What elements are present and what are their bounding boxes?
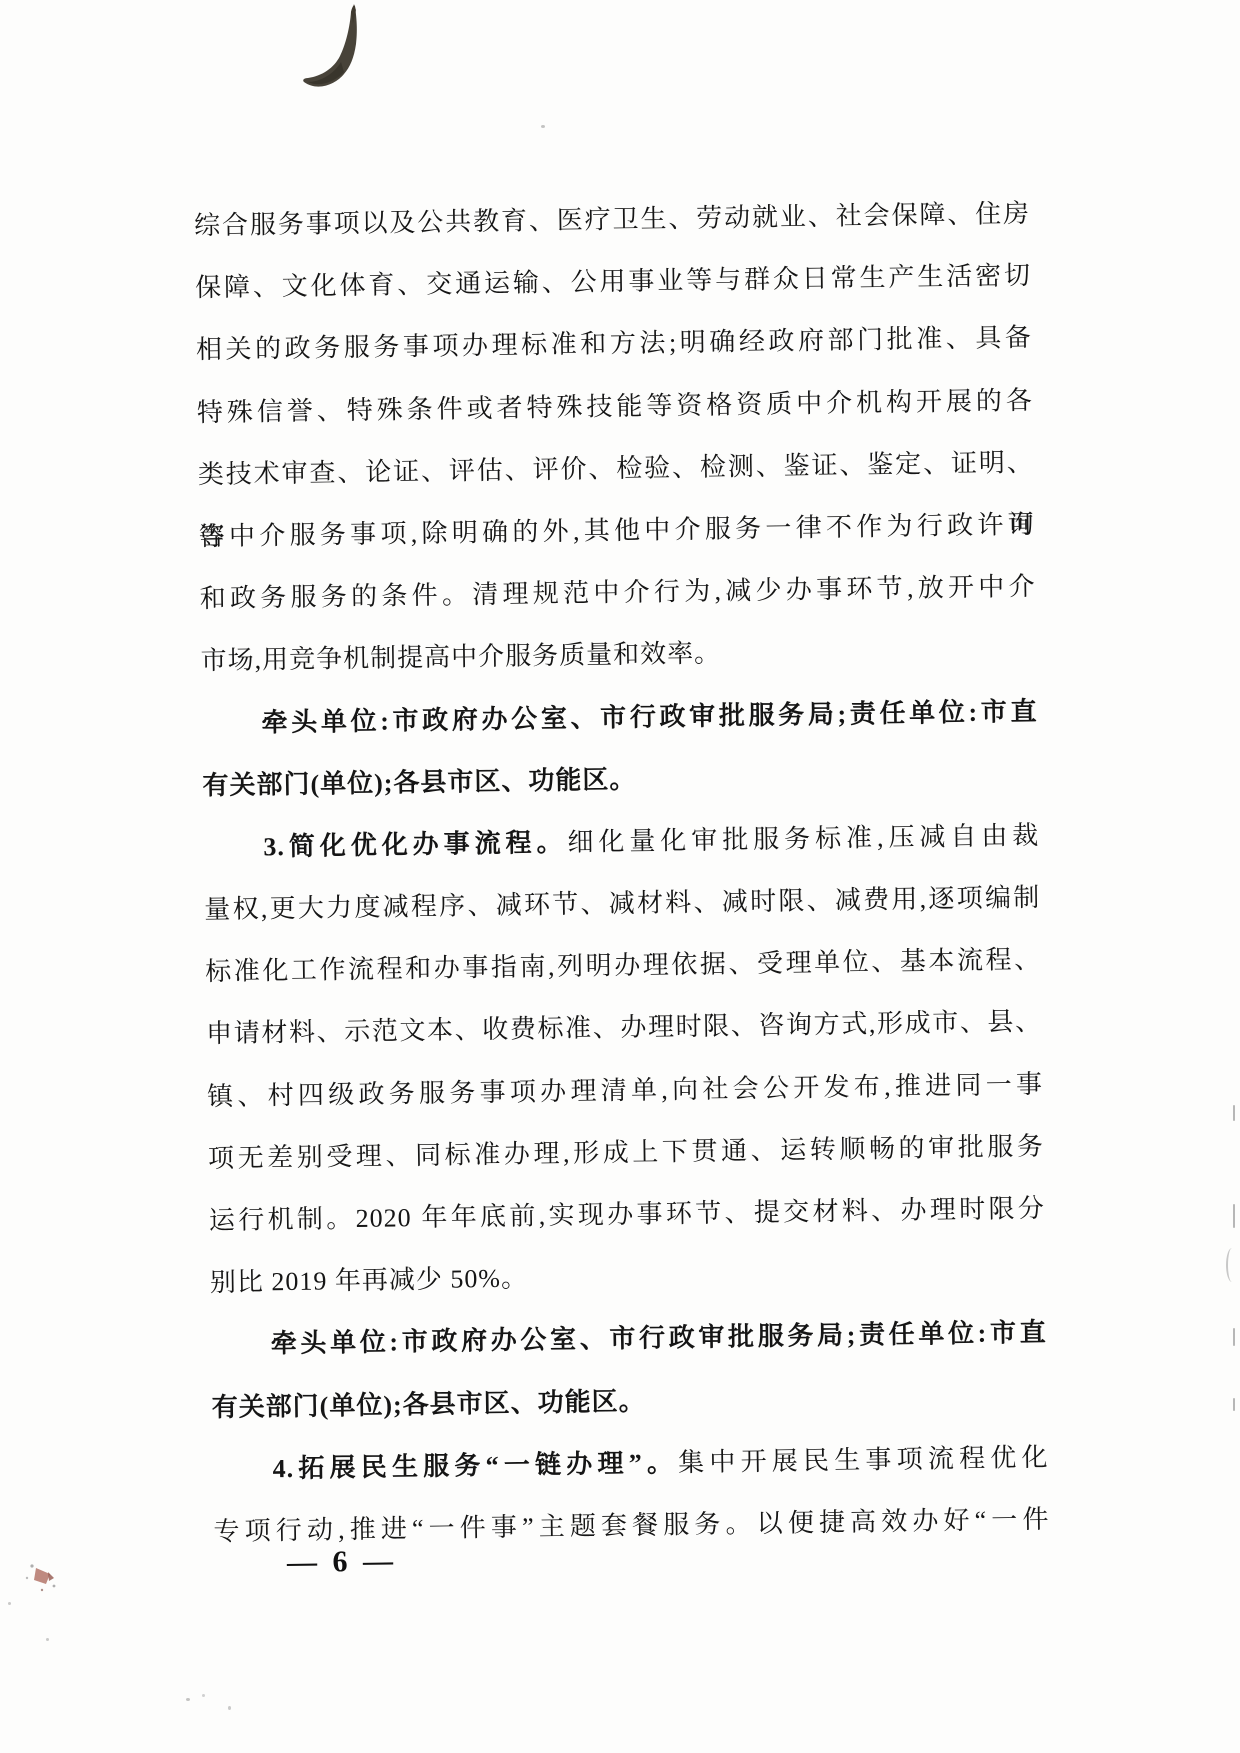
red-ink-speck-artifact	[24, 1558, 70, 1604]
text-segment: 专项行动,推进“一件事”主题套餐服务。以便捷高效办好“一件	[213, 1505, 1049, 1546]
text-segment: 保障、文化体育、交通运输、公用事业等与群众日常生产生活密切	[195, 261, 1031, 302]
red-speck-shape	[24, 1558, 70, 1604]
edge-tick-artifact	[1233, 1398, 1235, 1411]
scan-speck	[46, 1638, 49, 1641]
scan-tilt-wrapper: 综合服务事项以及公共教育、医疗卫生、劳动就业、社会保障、住房保障、文化体育、交通…	[0, 0, 1240, 1753]
text-line: 相关的政务服务事项办理标准和方法;明确经政府部门批准、具备	[196, 307, 1033, 382]
page-number: — 6 —	[267, 1544, 417, 1580]
text-line: 牵头单位:市政府办公室、市行政审批服务局;责任单位:市直	[201, 680, 1038, 755]
text-segment: 项无差别受理、同标准办理,形成上下贯通、运转顺畅的审批服务	[208, 1132, 1044, 1173]
scan-speck	[186, 1698, 190, 1701]
text-segment: 特殊信誉、特殊条件或者特殊技能等资格资质中介机构开展的各	[197, 385, 1033, 426]
text-segment: 3.简化优化办事流程。	[263, 828, 567, 862]
edge-tick-artifact	[1233, 1105, 1235, 1121]
text-segment: 4.拓展民生服务“一链办理”。	[272, 1448, 678, 1483]
text-segment: 牵头单位:市政府办公室、市行政审批服务局;责任单位:市直	[271, 1318, 1047, 1359]
scanned-document-page: 综合服务事项以及公共教育、医疗卫生、劳动就业、社会保障、住房保障、文化体育、交通…	[0, 0, 1240, 1753]
text-segment: 细化量化审批服务标准,压减自由裁	[567, 821, 1039, 857]
text-line: 运行机制。2020 年年底前,实现办事环节、提交材料、办理时限分	[208, 1178, 1045, 1253]
text-segment: 市场,用竞争机制提高中介服务质量和效率。	[200, 639, 721, 676]
document-body: 综合服务事项以及公共教育、医疗卫生、劳动就业、社会保障、住房保障、文化体育、交通…	[194, 183, 1050, 1563]
edge-arc-artifact	[1226, 1248, 1238, 1282]
text-segment: 等中介服务事项,除明确的外,其他中介服务一律不作为行政许可	[199, 510, 1035, 551]
text-segment: 运行机制。2020 年年底前,实现办事环节、提交材料、办理时限分	[209, 1194, 1045, 1235]
text-segment: 有关部门(单位);各县市区、功能区。	[202, 764, 636, 799]
edge-tick-artifact	[1233, 1204, 1235, 1228]
text-segment: 量权,更大力度减程序、减环节、减材料、减时限、减费用,逐项编制	[204, 883, 1040, 924]
text-segment: 镇、村四级政务服务事项办理清单,向社会公开发布,推进同一事	[207, 1069, 1043, 1110]
text-segment: 相关的政务服务事项办理标准和方法;明确经政府部门批准、具备	[196, 323, 1032, 364]
text-segment: 有关部门(单位);各县市区、功能区。	[211, 1386, 645, 1421]
text-segment: 别比 2019 年再减少 50%。	[210, 1264, 529, 1298]
scan-speck	[228, 1706, 231, 1710]
text-segment: 集中开展民生事项流程优化	[678, 1442, 1049, 1476]
text-segment: 标准化工作流程和办事指南,列明办理依据、受理单位、基本流程、	[205, 945, 1041, 986]
text-segment: 综合服务事项以及公共教育、医疗卫生、劳动就业、社会保障、住房	[194, 199, 1030, 240]
text-segment: 牵头单位:市政府办公室、市行政审批服务局;责任单位:市直	[261, 696, 1037, 737]
scan-speck	[202, 1694, 205, 1697]
edge-tick-artifact	[1233, 1328, 1235, 1346]
scan-speck	[8, 1602, 11, 1605]
text-line: 牵头单位:市政府办公室、市行政审批服务局;责任单位:市直	[210, 1302, 1047, 1377]
text-segment: 申请材料、示范文本、收费标准、办理时限、咨询方式,形成市、县、	[206, 1007, 1042, 1048]
text-line: 和政务服务的条件。清理规范中介行为,减少办事环节,放开中介	[199, 556, 1036, 631]
text-segment: 和政务服务的条件。清理规范中介行为,减少办事环节,放开中介	[199, 572, 1035, 613]
